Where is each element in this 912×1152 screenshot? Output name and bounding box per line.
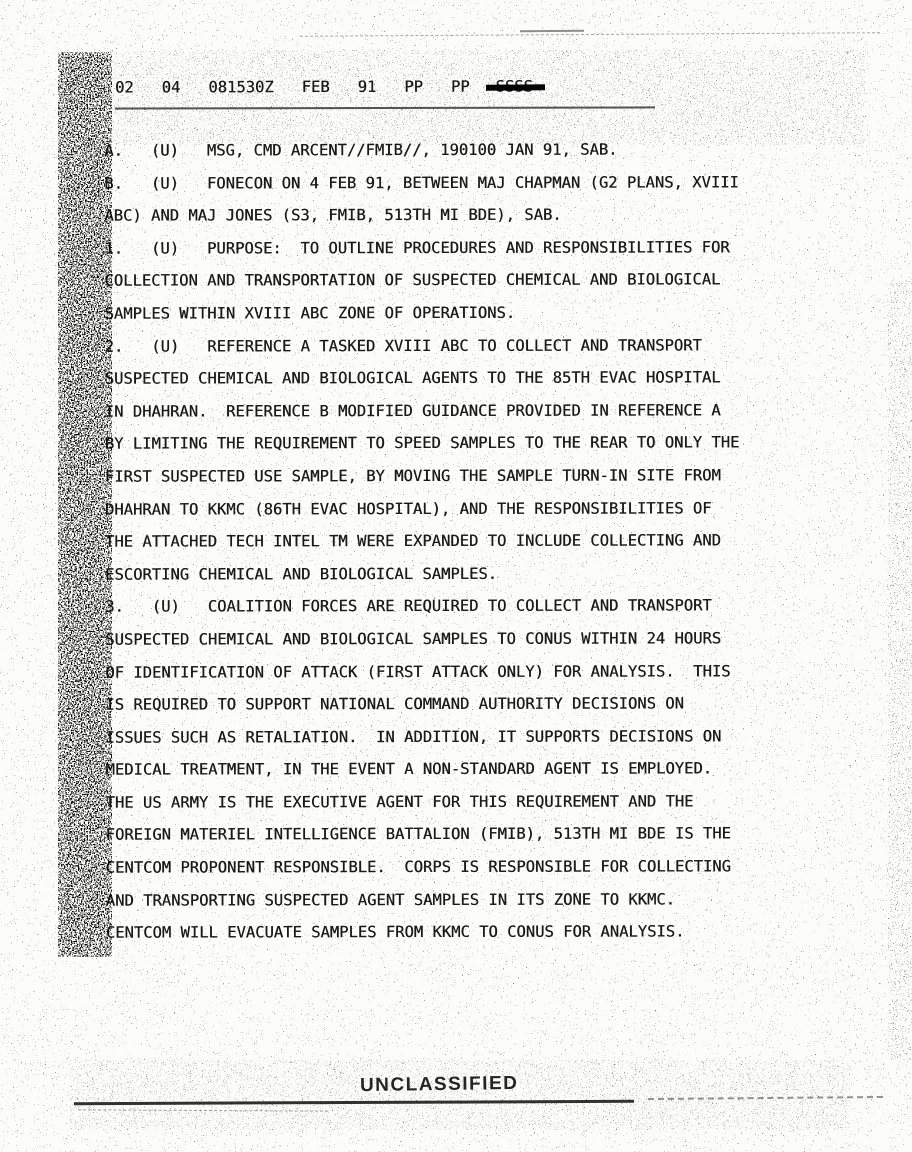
document-line: 1. (U) PURPOSE: TO OUTLINE PROCEDURES AN… bbox=[104, 231, 739, 265]
unclassified-stamp: UNCLASSIFIED bbox=[360, 1073, 519, 1097]
document-line: FOREIGN MATERIEL INTELLIGENCE BATTALION … bbox=[106, 818, 741, 852]
left-margin-noise-core bbox=[66, 55, 104, 955]
document-line: IN DHAHRAN. REFERENCE B MODIFIED GUIDANC… bbox=[105, 394, 740, 428]
document-line: CENTCOM PROPONENT RESPONSIBLE. CORPS IS … bbox=[106, 850, 741, 884]
document-line: SUSPECTED CHEMICAL AND BIOLOGICAL AGENTS… bbox=[105, 361, 740, 395]
document-line: CENTCOM WILL EVACUATE SAMPLES FROM KKMC … bbox=[106, 916, 741, 950]
document-body: A. (U) MSG, CMD ARCENT//FMIB//, 190100 J… bbox=[104, 133, 740, 949]
scanned-document-page: 02 04 081530Z FEB 91 PP PPSSSS A. (U) MS… bbox=[0, 0, 912, 1152]
document-line: THE ATTACHED TECH INTEL TM WERE EXPANDED… bbox=[105, 524, 740, 558]
document-line: IS REQUIRED TO SUPPORT NATIONAL COMMAND … bbox=[105, 687, 740, 721]
scan-artifact-top-dashes bbox=[300, 32, 880, 37]
routing-header: 02 04 081530Z FEB 91 PP PPSSSS bbox=[115, 77, 533, 96]
struck-classification-code: SSSS bbox=[496, 77, 533, 95]
footer-rule bbox=[74, 1100, 634, 1105]
document-line: THE US ARMY IS THE EXECUTIVE AGENT FOR T… bbox=[106, 785, 741, 819]
document-line: B. (U) FONECON ON 4 FEB 91, BETWEEN MAJ … bbox=[104, 166, 739, 200]
document-line: OF IDENTIFICATION OF ATTACK (FIRST ATTAC… bbox=[105, 655, 740, 689]
document-line: SAMPLES WITHIN XVIII ABC ZONE OF OPERATI… bbox=[104, 296, 739, 330]
document-line: ABC) AND MAJ JONES (S3, FMIB, 513TH MI B… bbox=[104, 199, 739, 233]
document-line: ESCORTING CHEMICAL AND BIOLOGICAL SAMPLE… bbox=[105, 557, 740, 591]
header-underline bbox=[115, 106, 655, 109]
document-line: 3. (U) COALITION FORCES ARE REQUIRED TO … bbox=[105, 590, 740, 624]
document-line: SUSPECTED CHEMICAL AND BIOLOGICAL SAMPLE… bbox=[105, 622, 740, 656]
footer-rule-secondary bbox=[78, 1109, 328, 1111]
document-line: ISSUES SUCH AS RETALIATION. IN ADDITION,… bbox=[105, 720, 740, 754]
footer-rule-dashes bbox=[648, 1096, 883, 1100]
header-speckle-band bbox=[105, 50, 865, 145]
document-line: DHAHRAN TO KKMC (86TH EVAC HOSPITAL), AN… bbox=[105, 492, 740, 526]
document-line: FIRST SUSPECTED USE SAMPLE, BY MOVING TH… bbox=[105, 459, 740, 493]
document-line: BY LIMITING THE REQUIREMENT TO SPEED SAM… bbox=[105, 427, 740, 461]
document-line: MEDICAL TREATMENT, IN THE EVENT A NON-ST… bbox=[105, 753, 740, 787]
document-line: COLLECTION AND TRANSPORTATION OF SUSPECT… bbox=[104, 264, 739, 298]
right-edge-speckle bbox=[888, 280, 912, 1060]
document-line: 2. (U) REFERENCE A TASKED XVIII ABC TO C… bbox=[105, 329, 740, 363]
routing-header-text: 02 04 081530Z FEB 91 PP PP bbox=[115, 78, 470, 97]
document-line: A. (U) MSG, CMD ARCENT//FMIB//, 190100 J… bbox=[104, 133, 739, 167]
scan-artifact-top-mark bbox=[520, 30, 584, 32]
document-line: AND TRANSPORTING SUSPECTED AGENT SAMPLES… bbox=[106, 883, 741, 917]
